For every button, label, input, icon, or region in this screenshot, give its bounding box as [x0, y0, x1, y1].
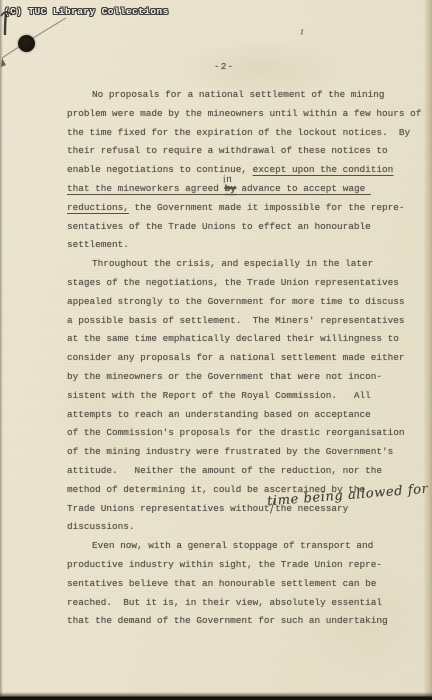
- typed-line: problem were made by the mineowners unti…: [67, 105, 431, 124]
- scanned-document-page: (C) TUC Library Collections -2- No propo…: [0, 0, 432, 700]
- typed-line: reached. But it is, in their view, absol…: [67, 594, 431, 613]
- typed-line: a possible basis of settlement. The Mine…: [67, 312, 431, 331]
- typed-line: enable negotiations to continue, except …: [67, 161, 431, 180]
- typed-text-segment: that the mineworkers agreed: [67, 183, 225, 194]
- typed-line: consider any proposals for a national se…: [67, 349, 431, 368]
- typed-line: settlement.: [67, 236, 431, 255]
- typed-text-segment: attempts to reach an understanding based…: [67, 409, 371, 420]
- typed-text-segment: except upon the condition: [253, 164, 394, 175]
- typed-line: attitude. Neither the amount of the redu…: [67, 462, 431, 481]
- typed-line: sentatives believe that an honourable se…: [67, 575, 431, 594]
- typed-line: stages of the negotiations, the Trade Un…: [67, 274, 431, 293]
- typed-line: their refusal to require a withdrawal of…: [67, 142, 431, 161]
- typed-text-segment: attitude. Neither the amount of the redu…: [67, 465, 382, 476]
- typed-text-segment: reached. But it is, in their view, absol…: [67, 597, 382, 608]
- typed-text-segment: sistent with the Report of the Royal Com…: [67, 390, 371, 401]
- left-page-edge-shadow: [0, 0, 3, 700]
- typed-line: of the mining industry were frustrated b…: [67, 443, 431, 462]
- right-page-edge-shadow: [423, 0, 432, 700]
- paper-speck: [301, 29, 304, 35]
- typed-text-segment: settlement.: [67, 239, 129, 250]
- typed-line: sistent with the Report of the Royal Com…: [67, 387, 431, 406]
- typed-text-segment: the time fixed for the expiration of the…: [67, 127, 410, 138]
- copyright-watermark: (C) TUC Library Collections: [4, 6, 169, 17]
- typed-text-segment: their refusal to require a withdrawal of…: [67, 145, 388, 156]
- typed-line: of the Commission's proposals for the dr…: [67, 424, 431, 443]
- typed-line: Even now, with a general stoppage of tra…: [67, 537, 431, 556]
- typed-line: that the demand of the Government for su…: [67, 612, 431, 631]
- typed-line: at the same time emphatically declared t…: [67, 330, 431, 349]
- typed-text-segment: byin: [225, 180, 236, 199]
- typed-text-segment: Even now, with a general stoppage of tra…: [92, 540, 373, 551]
- typed-text-segment: of the Commission's proposals for the dr…: [67, 427, 405, 438]
- typed-text-segment: Trade Unions representatives without: [67, 503, 270, 514]
- typed-text-segment: No proposals for a national settlement o…: [92, 89, 385, 100]
- typed-text-segment: at the same time emphatically declared t…: [67, 333, 399, 344]
- typed-text-segment: stages of the negotiations, the Trade Un…: [67, 277, 399, 288]
- typed-line: No proposals for a national settlement o…: [67, 86, 431, 105]
- typed-text-segment: problem were made by the mineowners unti…: [67, 108, 421, 119]
- typed-line: appealed strongly to the Government for …: [67, 293, 431, 312]
- typed-text-segment: productive industry within sight, the Tr…: [67, 559, 382, 570]
- typed-line: discussions.: [67, 518, 431, 537]
- typed-text-segment: by the mineowners or the Government that…: [67, 371, 382, 382]
- typed-line: reductions, the Government made it impos…: [67, 199, 431, 218]
- bottom-page-edge-shadow: [0, 692, 432, 700]
- typed-text-segment: discussions.: [67, 521, 135, 532]
- typed-text-segment: reductions,: [67, 202, 129, 213]
- typed-line: attempts to reach an understanding based…: [67, 406, 431, 425]
- typed-line: productive industry within sight, the Tr…: [67, 556, 431, 575]
- typed-line: Throughout the crisis, and especially in…: [67, 255, 431, 274]
- typed-line: the time fixed for the expiration of the…: [67, 124, 431, 143]
- typed-text-segment: appealed strongly to the Government for …: [67, 296, 405, 307]
- page-number: -2-: [214, 61, 234, 72]
- typed-line: sentatives of the Trade Unions to effect…: [67, 218, 431, 237]
- pen-mark-and-crease: [0, 8, 80, 78]
- typed-text-segment: sentatives of the Trade Unions to effect…: [67, 221, 371, 232]
- typed-line: Trade Unions representatives without/the…: [67, 500, 431, 519]
- typed-text-segment: the Government made it impossible for th…: [129, 202, 405, 213]
- typed-text-segment: Throughout the crisis, and especially in…: [92, 258, 373, 269]
- typed-line: that the mineworkers agreed byin advance…: [67, 180, 431, 199]
- typed-text-segment: sentatives believe that an honourable se…: [67, 578, 376, 589]
- typed-text-segment: a possible basis of settlement. The Mine…: [67, 315, 405, 326]
- typed-text-segment: that the demand of the Government for su…: [67, 615, 388, 626]
- punch-hole-mark: [18, 35, 35, 52]
- typed-line: by the mineowners or the Government that…: [67, 368, 431, 387]
- typed-text-segment: of the mining industry were frustrated b…: [67, 446, 393, 457]
- typed-text-segment: consider any proposals for a national se…: [67, 352, 405, 363]
- typed-text-block: No proposals for a national settlement o…: [67, 86, 431, 631]
- typed-text-segment: advance to accept wage: [236, 183, 371, 194]
- handwritten-correction: in: [221, 170, 233, 190]
